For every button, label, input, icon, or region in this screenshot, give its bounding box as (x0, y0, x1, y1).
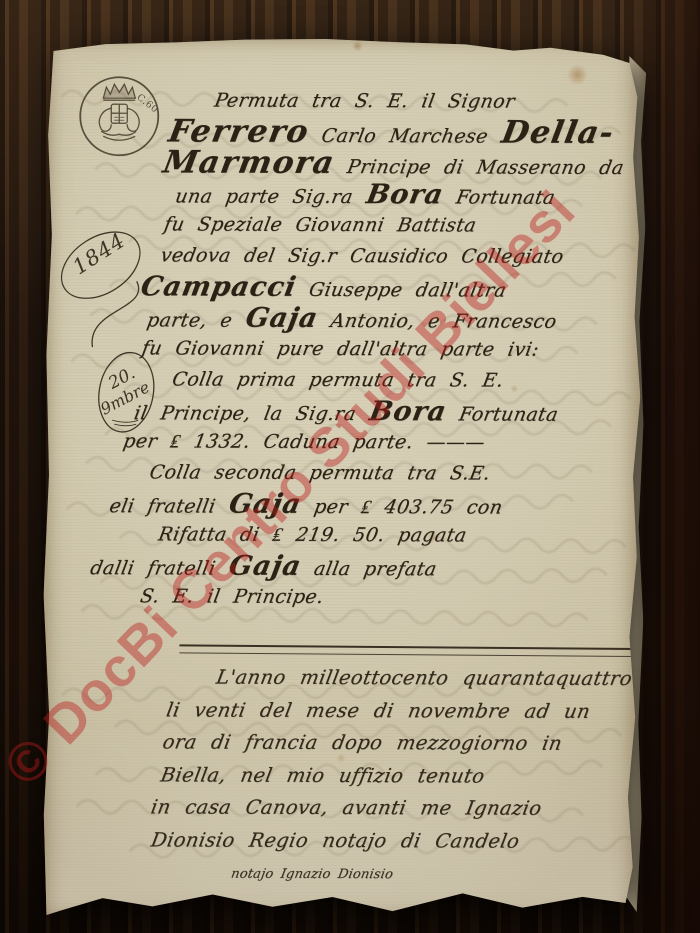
text-segment: li venti del mese di novembre ad un (165, 698, 593, 722)
manuscript-line: eli fratelli Gaja per ₤ 403.75 con (107, 488, 557, 521)
text-segment: Fortunata (441, 186, 557, 208)
manuscript-line: Colla seconda permuta tra S.E. (147, 457, 563, 489)
stamp-base-scroll (101, 131, 136, 140)
manuscript-line: in casa Canova, avanti me Ignazio (148, 791, 606, 825)
manuscript-line: fu Giovanni pure dall'altra parte ivi: (139, 333, 585, 366)
paper-shadow-wrap: C.60 1844 20. 9mbre Permuta tra S. E. il… (0, 0, 700, 933)
manuscript-line: una parte Sig.ra Bora Fortunata (173, 178, 613, 210)
supporter-right (127, 108, 139, 131)
text-segment: in casa Canova, avanti me Ignazio (149, 795, 544, 819)
text-segment: una parte Sig.ra (173, 185, 368, 208)
manuscript-line: Dionisio Regio notajo di Candelo (148, 824, 600, 858)
text-segment: fu Speziale Giovanni Battista (162, 213, 478, 236)
manuscript-line: dalli fratelli Gaja alla prefata (88, 550, 546, 583)
photograph-of-notarial-deed: C.60 1844 20. 9mbre Permuta tra S. E. il… (0, 0, 700, 933)
text-segment: ora di francia dopo mezzogiorno in (161, 730, 564, 754)
text-segment: Dionisio Regio notajo di Candelo (149, 828, 521, 852)
text-segment: Colla seconda permuta tra S.E. (148, 461, 492, 484)
text-segment: dalli fratelli (89, 557, 231, 579)
text-segment: L'anno milleottocento quarantaquattro (215, 666, 635, 690)
text-segment: Marmora (160, 144, 338, 181)
text-segment: Colla prima permuta tra S. E. (171, 368, 506, 391)
text-segment: per ₤ 403.75 con (299, 496, 505, 519)
text-segment: Giuseppe dall'altra (294, 279, 508, 302)
manuscript-line: Marmora Principe di Masserano da (161, 147, 619, 180)
manuscript-line: il Principe, la Sig.ra Bora Fortunata (132, 395, 574, 428)
crown-icon (103, 84, 135, 98)
text-segment: Gaja (227, 551, 304, 582)
text-segment: Rifatta di ₤ 219. 50. pagata (157, 523, 469, 546)
text-segment: per ₤ 1332. Caduna parte. ——— (121, 430, 486, 453)
manuscript-line: Colla prima permuta tra S. E. (170, 364, 580, 396)
text-segment: Permuta tra S. E. il Signor (213, 90, 517, 113)
margin-year: 1844 (68, 228, 129, 279)
manuscript-line: li venti del mese di novembre ad un (164, 694, 624, 728)
revenue-stamp: C.60 (76, 73, 162, 159)
summary-text-block: Permuta tra S. E. il SignorFerrero Carlo… (83, 85, 630, 613)
text-segment: Della- (499, 115, 618, 151)
deed-text-block: L'anno milleottocento quarantaquattroli … (128, 661, 629, 890)
manuscript-line: notajo Ignazio Dionisio (228, 857, 594, 891)
stamp-denomination: C.60 (134, 92, 160, 116)
manuscript-line: fu Speziale Giovanni Battista (161, 209, 607, 242)
text-segment: parte, e (145, 309, 247, 331)
text-segment: Bora (367, 396, 449, 427)
text-segment: Antonio, e Francesco (315, 310, 558, 333)
text-segment: Biella, nel mio uffizio tenuto (159, 763, 487, 787)
text-segment: Campacci (138, 271, 299, 303)
manuscript-line: per ₤ 1332. Caduna parte. ——— (120, 426, 568, 459)
supporter-left (99, 108, 111, 131)
text-segment: Fortunata (444, 403, 560, 425)
manuscript-line: Biella, nel mio uffizio tenuto (158, 759, 612, 793)
manuscript-line: Rifatta di ₤ 219. 50. pagata (156, 519, 552, 551)
manuscript-line: Campacci Giuseppe dall'altra (138, 271, 596, 304)
manuscript-page: C.60 1844 20. 9mbre Permuta tra S. E. il… (42, 35, 641, 921)
text-segment: il Principe, la Sig.ra (132, 402, 371, 425)
manuscript-line: parte, e Gaja Antonio, e Francesco (145, 302, 591, 335)
manuscript-line: S. E. il Principe. (138, 581, 541, 613)
text-segment: S. E. il Principe. (139, 585, 326, 608)
manuscript-line: L'anno milleottocento quarantaquattro (214, 662, 630, 696)
manuscript-line: ora di francia dopo mezzogiorno in (160, 726, 618, 760)
text-segment: notajo Ignazio Dionisio (230, 867, 395, 883)
text-segment: alla prefata (299, 558, 439, 580)
text-segment: eli fratelli (108, 495, 231, 517)
manuscript-line: vedova del Sig.r Causidico Collegiato (158, 240, 602, 273)
text-segment: Bora (364, 179, 446, 210)
text-segment: Principe di Masserano da (332, 156, 626, 179)
text-segment: Gaja (227, 489, 304, 520)
text-segment: Gaja (243, 303, 320, 334)
text-segment: fu Giovanni pure dall'altra parte ivi: (140, 337, 541, 360)
text-segment: vedova del Sig.r Causidico Collegiato (159, 244, 566, 267)
